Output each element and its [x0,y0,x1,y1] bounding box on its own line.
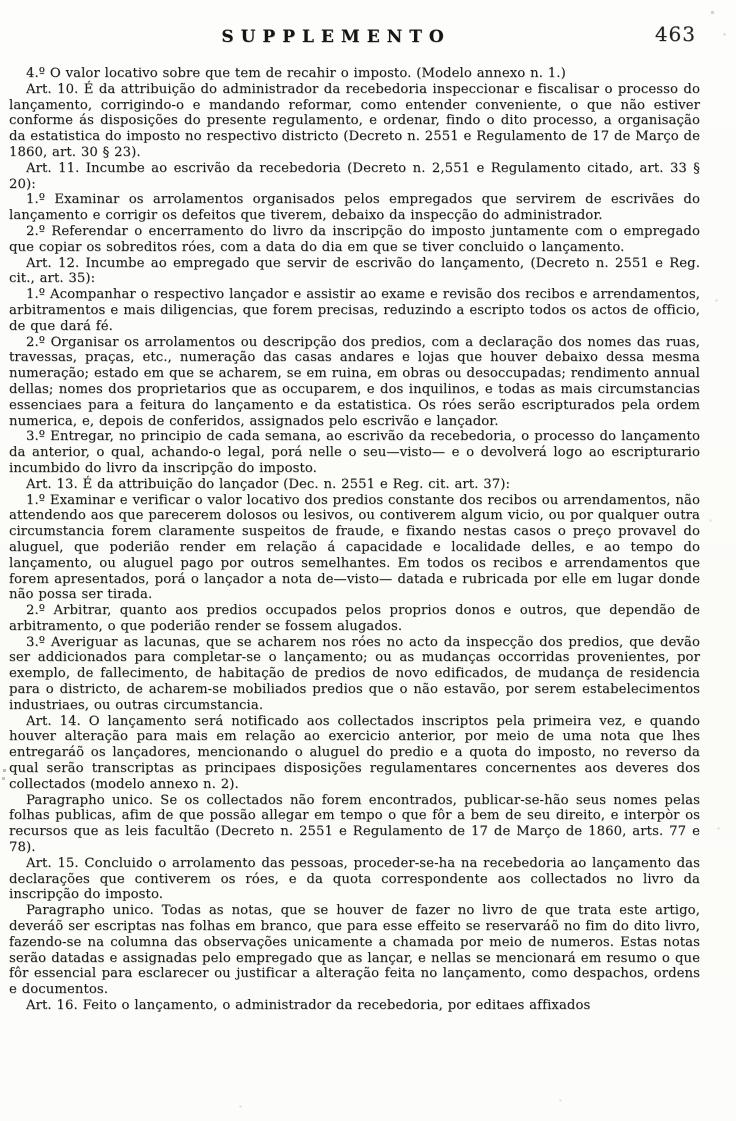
paragraph: 2.º Organisar os arrolamentos ou descrip… [9,335,700,430]
paragraph: Art. 12. Incumbe ao empregado que servir… [9,256,700,288]
paragraph: Art. 13. É da attribuição do lançador (D… [9,477,700,493]
paragraph: 3.º Entregar, no principio de cada seman… [9,429,700,476]
paragraph: 3.º Averiguar as lacunas, que se acharem… [9,635,700,714]
paragraph: Paragrapho unico. Todas as notas, que se… [9,903,700,998]
paragraph: Art. 16. Feito o lançamento, o administr… [9,998,700,1014]
page-number: 463 [655,22,696,46]
paragraph: Art. 10. É da attribuição do administrad… [9,82,700,161]
paragraph: Art. 14. O lançamento será notificado ao… [9,714,700,793]
page-title: SUPPLEMENTO [0,27,672,47]
paragraph: 1.º Examinar os arrolamentos organisados… [9,192,700,224]
paragraph: Art. 11. Incumbe ao escrivão da recebedo… [9,161,700,193]
document-body: 4.º O valor locativo sobre que tem de re… [0,66,736,1014]
paragraph: 2.º Arbitrar, quanto aos predios occupad… [9,603,700,635]
running-head: SUPPLEMENTO 463 [0,0,736,57]
paragraph: 1.º Examinar e verificar o valor locativ… [9,493,700,604]
paragraph: Paragrapho unico. Se os collectados não … [9,793,700,856]
paragraph: 4.º O valor locativo sobre que tem de re… [9,66,700,82]
scanned-document-page: SUPPLEMENTO 463 4.º O valor locativo sob… [0,0,736,1121]
paragraph: Art. 15. Concluido o arrolamento das pes… [9,856,700,903]
paragraph: 1.º Acompanhar o respectivo lançador e a… [9,287,700,334]
paragraph: 2.º Referendar o encerramento do livro d… [9,224,700,256]
scan-noise-artifacts [0,0,1,1]
